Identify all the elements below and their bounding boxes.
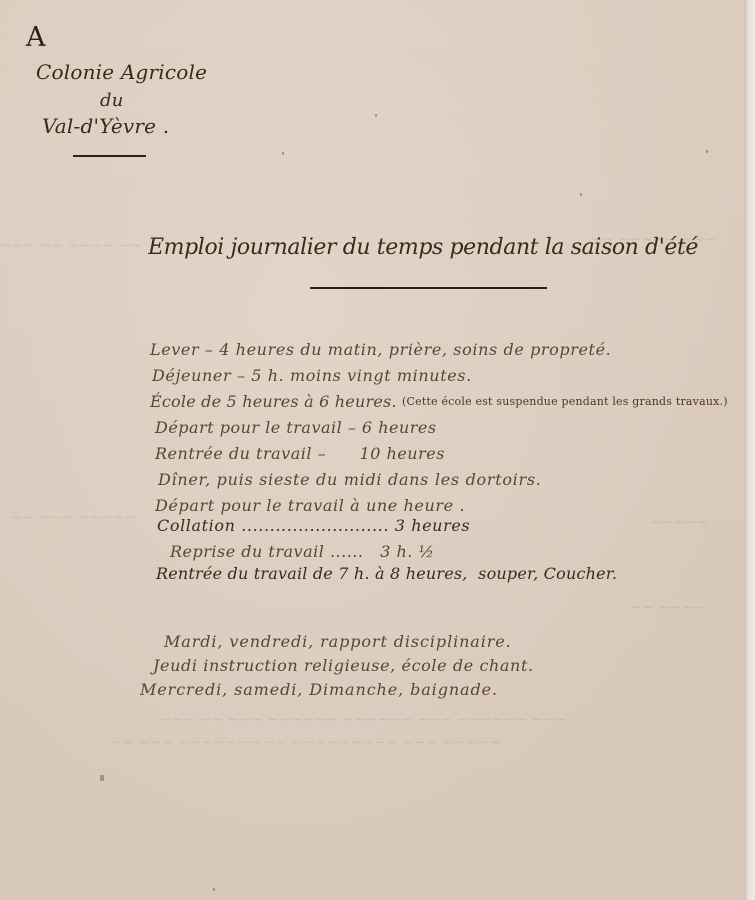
paper-speck <box>282 152 284 155</box>
paper-speck <box>375 114 377 117</box>
bleed-through-text: ~~~ ~~ ~~~~ ~~~~~ <box>0 238 140 254</box>
paper-speck <box>580 193 582 196</box>
schedule-item: Rentrée du travail – 10 heures <box>155 444 445 463</box>
document-title: Emploi journalier du temps pendant la sa… <box>148 235 744 260</box>
paper-speck <box>706 150 708 153</box>
schedule-item: Lever – 4 heures du matin, prière, soins… <box>150 340 611 359</box>
institution-line-3: Val-d'Yèvre . <box>42 114 169 138</box>
schedule-item: Reprise du travail ...... 3 h. ½ <box>170 542 434 561</box>
schedule-item: Rentrée du travail de 7 h. à 8 heures, s… <box>156 564 617 583</box>
schedule-note: (Cette école est suspendue pendant les g… <box>402 395 728 408</box>
corner-mark: A <box>26 22 46 53</box>
institution-line-2: du <box>100 90 124 111</box>
bleed-through-text: ~~~ ~~ ~~~ ~~~~~~ ~~~~~~ ~~~ ~~~~~~ ~~~ <box>160 712 567 728</box>
header-underline <box>73 155 146 157</box>
weekly-item: Mardi, vendredi, rapport disciplinaire. <box>164 632 512 651</box>
schedule-item: École de 5 heures à 6 heures. <box>150 392 397 411</box>
bleed-through-text: ~~ ~~~~ <box>630 600 705 616</box>
paper-speck <box>100 775 104 781</box>
bleed-through-text: ~~ ~~~ ~~~~~ <box>10 510 140 526</box>
weekly-item: Jeudi instruction religieuse, école de c… <box>153 656 534 675</box>
schedule-item: Départ pour le travail à une heure . <box>155 496 465 515</box>
page-edge <box>744 0 755 900</box>
paper-speck <box>213 888 215 891</box>
manuscript-page: ~~~ ~~ ~~~~ ~~~~~ ~~ ~~~~~ ~~~ ~~ ~~~ ~~… <box>0 0 744 900</box>
bleed-through-text: ~~~~~ <box>650 515 709 531</box>
schedule-item: Départ pour le travail – 6 heures <box>155 418 437 437</box>
weekly-item: Mercredi, samedi, Dimanche, baignade. <box>140 680 498 699</box>
title-underline <box>310 287 547 289</box>
schedule-item: Déjeuner – 5 h. moins vingt minutes. <box>152 366 472 385</box>
schedule-item: Dîner, puis sieste du midi dans les dort… <box>158 470 542 489</box>
schedule-item: Collation .......................... 3 h… <box>157 516 470 535</box>
bleed-through-text: ~~ ~~~ ~~~~~~~ ~~ ~~~~~~~~~ ~~~ ~~~~~ <box>110 735 500 751</box>
institution-line-1: Colonie Agricole <box>36 60 207 84</box>
